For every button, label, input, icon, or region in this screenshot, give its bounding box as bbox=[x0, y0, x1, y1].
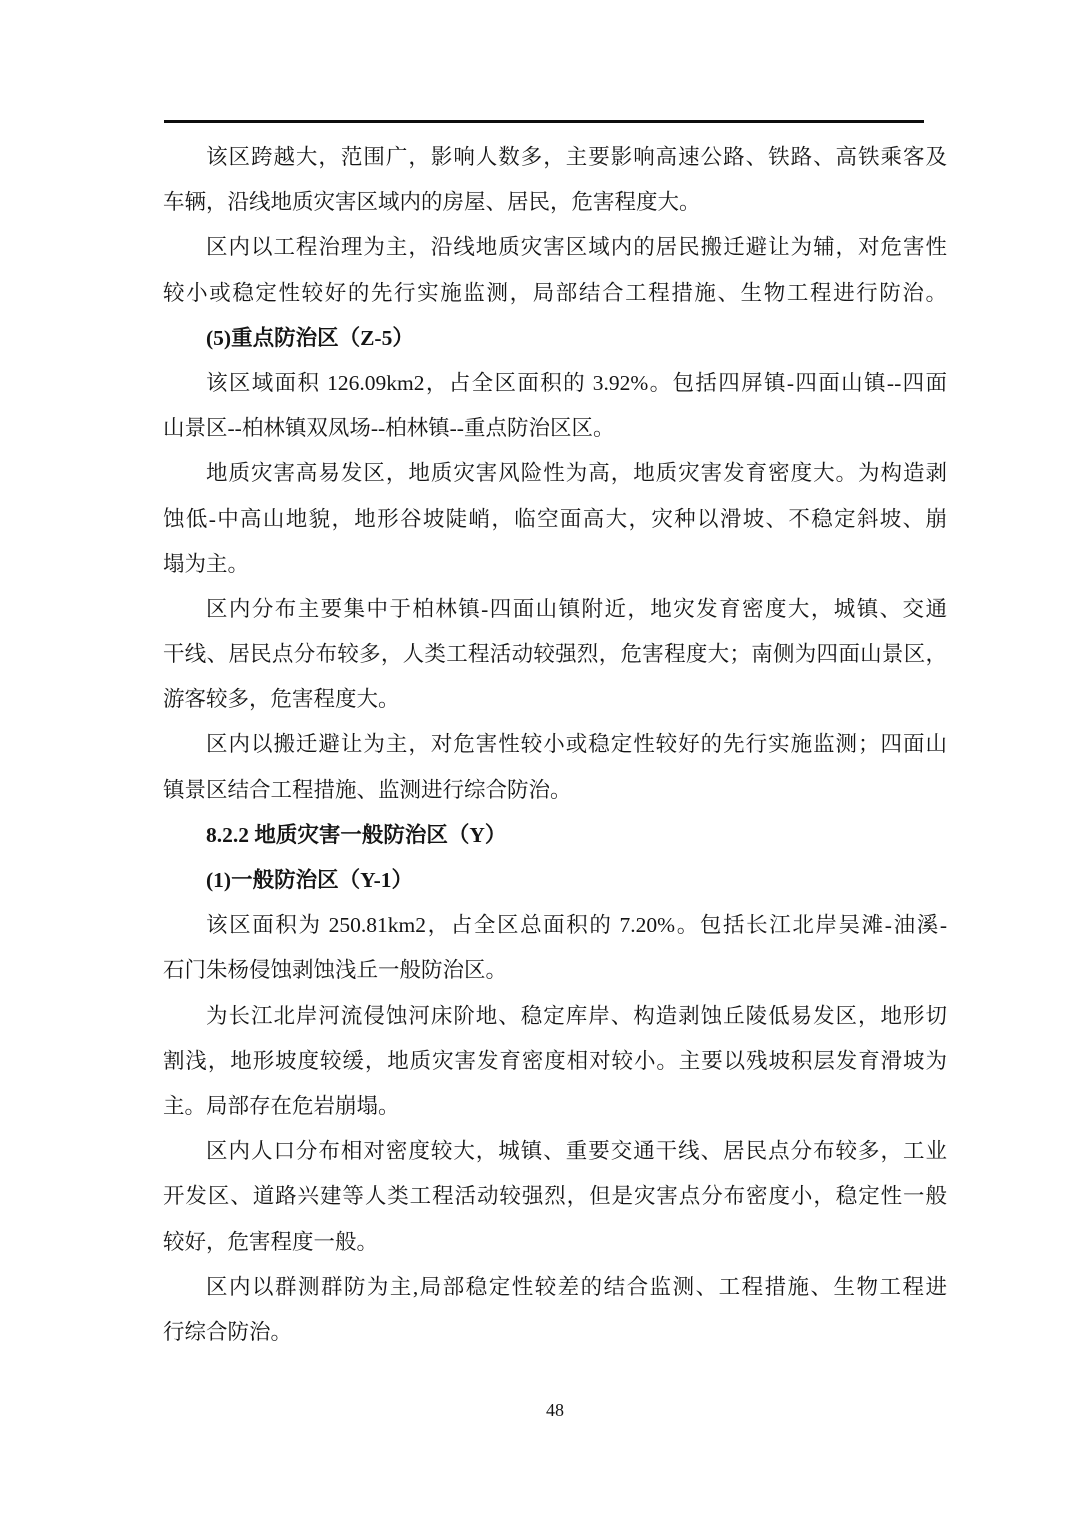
body-text-line: 行综合防治。 bbox=[163, 1310, 947, 1355]
body-text-line: 车辆，沿线地质灾害区域内的房屋、居民，危害程度大。 bbox=[163, 180, 947, 225]
body-text-line: 区内分布主要集中于柏林镇-四面山镇附近，地灾发育密度大，城镇、交通 bbox=[163, 587, 947, 632]
section-heading-y1: (1)一般防治区（Y-1） bbox=[163, 858, 947, 903]
section-heading-z5: (5)重点防治区（Z-5） bbox=[163, 316, 947, 361]
document-page: 该区跨越大，范围广，影响人数多，主要影响高速公路、铁路、高铁乘客及车辆，沿线地质… bbox=[0, 0, 1074, 1520]
body-text-line: 区内以工程治理为主，沿线地质灾害区域内的居民搬迁避让为辅，对危害性 bbox=[163, 225, 947, 270]
body-text-line: 割浅，地形坡度较缓，地质灾害发育密度相对较小。主要以残坡积层发育滑坡为 bbox=[163, 1039, 947, 1084]
body-text-line: 该区面积为 250.81km2，占全区总面积的 7.20%。包括长江北岸吴滩-油… bbox=[163, 903, 947, 948]
body-text-line: 山景区--柏林镇双凤场--柏林镇--重点防治区区。 bbox=[163, 406, 947, 451]
body-text-line: 较小或稳定性较好的先行实施监测，局部结合工程措施、生物工程进行防治。 bbox=[163, 271, 947, 316]
body-text-line: 镇景区结合工程措施、监测进行综合防治。 bbox=[163, 768, 947, 813]
page-text-body: 该区跨越大，范围广，影响人数多，主要影响高速公路、铁路、高铁乘客及车辆，沿线地质… bbox=[163, 135, 947, 1355]
body-text-line: 区内以搬迁避让为主，对危害性较小或稳定性较好的先行实施监测；四面山 bbox=[163, 722, 947, 767]
body-text-line: 较好，危害程度一般。 bbox=[163, 1220, 947, 1265]
header-separator-line bbox=[164, 120, 924, 123]
body-text-line: 蚀低-中高山地貌，地形谷坡陡峭，临空面高大，灾种以滑坡、不稳定斜坡、崩 bbox=[163, 497, 947, 542]
page-number: 48 bbox=[546, 1400, 564, 1420]
body-text-line: 区内以群测群防为主,局部稳定性较差的结合监测、工程措施、生物工程进 bbox=[163, 1265, 947, 1310]
body-text-line: 游客较多，危害程度大。 bbox=[163, 677, 947, 722]
body-text-line: 为长江北岸河流侵蚀河床阶地、稳定库岸、构造剥蚀丘陵低易发区，地形切 bbox=[163, 994, 947, 1039]
body-text-line: 开发区、道路兴建等人类工程活动较强烈，但是灾害点分布密度小，稳定性一般 bbox=[163, 1174, 947, 1219]
body-text-line: 塌为主。 bbox=[163, 542, 947, 587]
body-text-line: 区内人口分布相对密度较大，城镇、重要交通干线、居民点分布较多，工业 bbox=[163, 1129, 947, 1174]
body-text-line: 该区跨越大，范围广，影响人数多，主要影响高速公路、铁路、高铁乘客及 bbox=[163, 135, 947, 180]
body-text-line: 石门朱杨侵蚀剥蚀浅丘一般防治区。 bbox=[163, 948, 947, 993]
section-heading-8-2-2: 8.2.2 地质灾害一般防治区（Y） bbox=[163, 813, 947, 858]
body-text-line: 干线、居民点分布较多，人类工程活动较强烈，危害程度大；南侧为四面山景区， bbox=[163, 632, 947, 677]
body-text-line: 地质灾害高易发区，地质灾害风险性为高，地质灾害发育密度大。为构造剥 bbox=[163, 451, 947, 496]
page-footer: 48 bbox=[163, 1400, 947, 1421]
body-text-line: 主。局部存在危岩崩塌。 bbox=[163, 1084, 947, 1129]
body-text-line: 该区域面积 126.09km2，占全区面积的 3.92%。包括四屏镇-四面山镇-… bbox=[163, 361, 947, 406]
